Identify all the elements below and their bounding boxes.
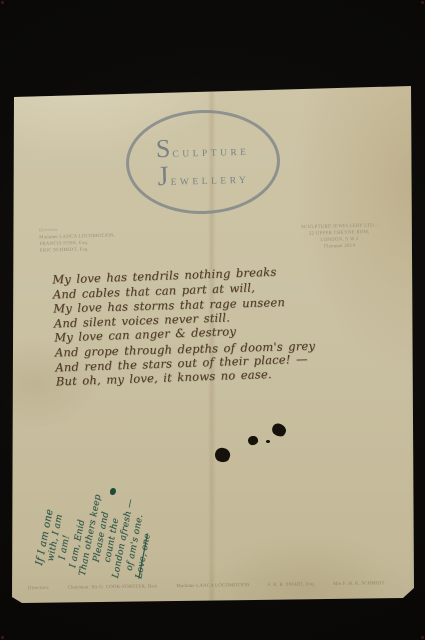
footer-segment: Madame LANCA LOCOMOTION	[176, 582, 249, 588]
logo-word-sculpture: SCULPTURE	[156, 136, 250, 160]
address-block-left: Directors: Madame LANCA LOCOMOTION, FRAN…	[39, 225, 116, 253]
address-block-right: SCULPTURE JEWELLERY LTD., 22 UPPER CHEYN…	[276, 221, 403, 250]
corner-registration-mark	[421, 1, 424, 4]
logo-word-jewellery: JEWELLERY	[157, 164, 249, 188]
footer-segment: F. R. R. SMART, Esq.	[268, 581, 315, 587]
ink-speck	[266, 440, 270, 443]
corner-registration-mark	[1, 1, 4, 4]
footer-segment: Directors:	[28, 585, 50, 591]
logo-initial-j: J	[157, 166, 170, 186]
corner-registration-mark	[1, 636, 4, 639]
photo-background: SCULPTURE JEWELLERY Directors: Madame LA…	[0, 0, 425, 640]
corner-registration-mark	[421, 636, 424, 639]
footer-segment: Mrs F. H. R. SCHMIDT	[333, 580, 385, 586]
handwritten-poem: My love has tendrils nothing breaks And …	[52, 262, 372, 390]
logo-initial-s: S	[156, 138, 173, 158]
